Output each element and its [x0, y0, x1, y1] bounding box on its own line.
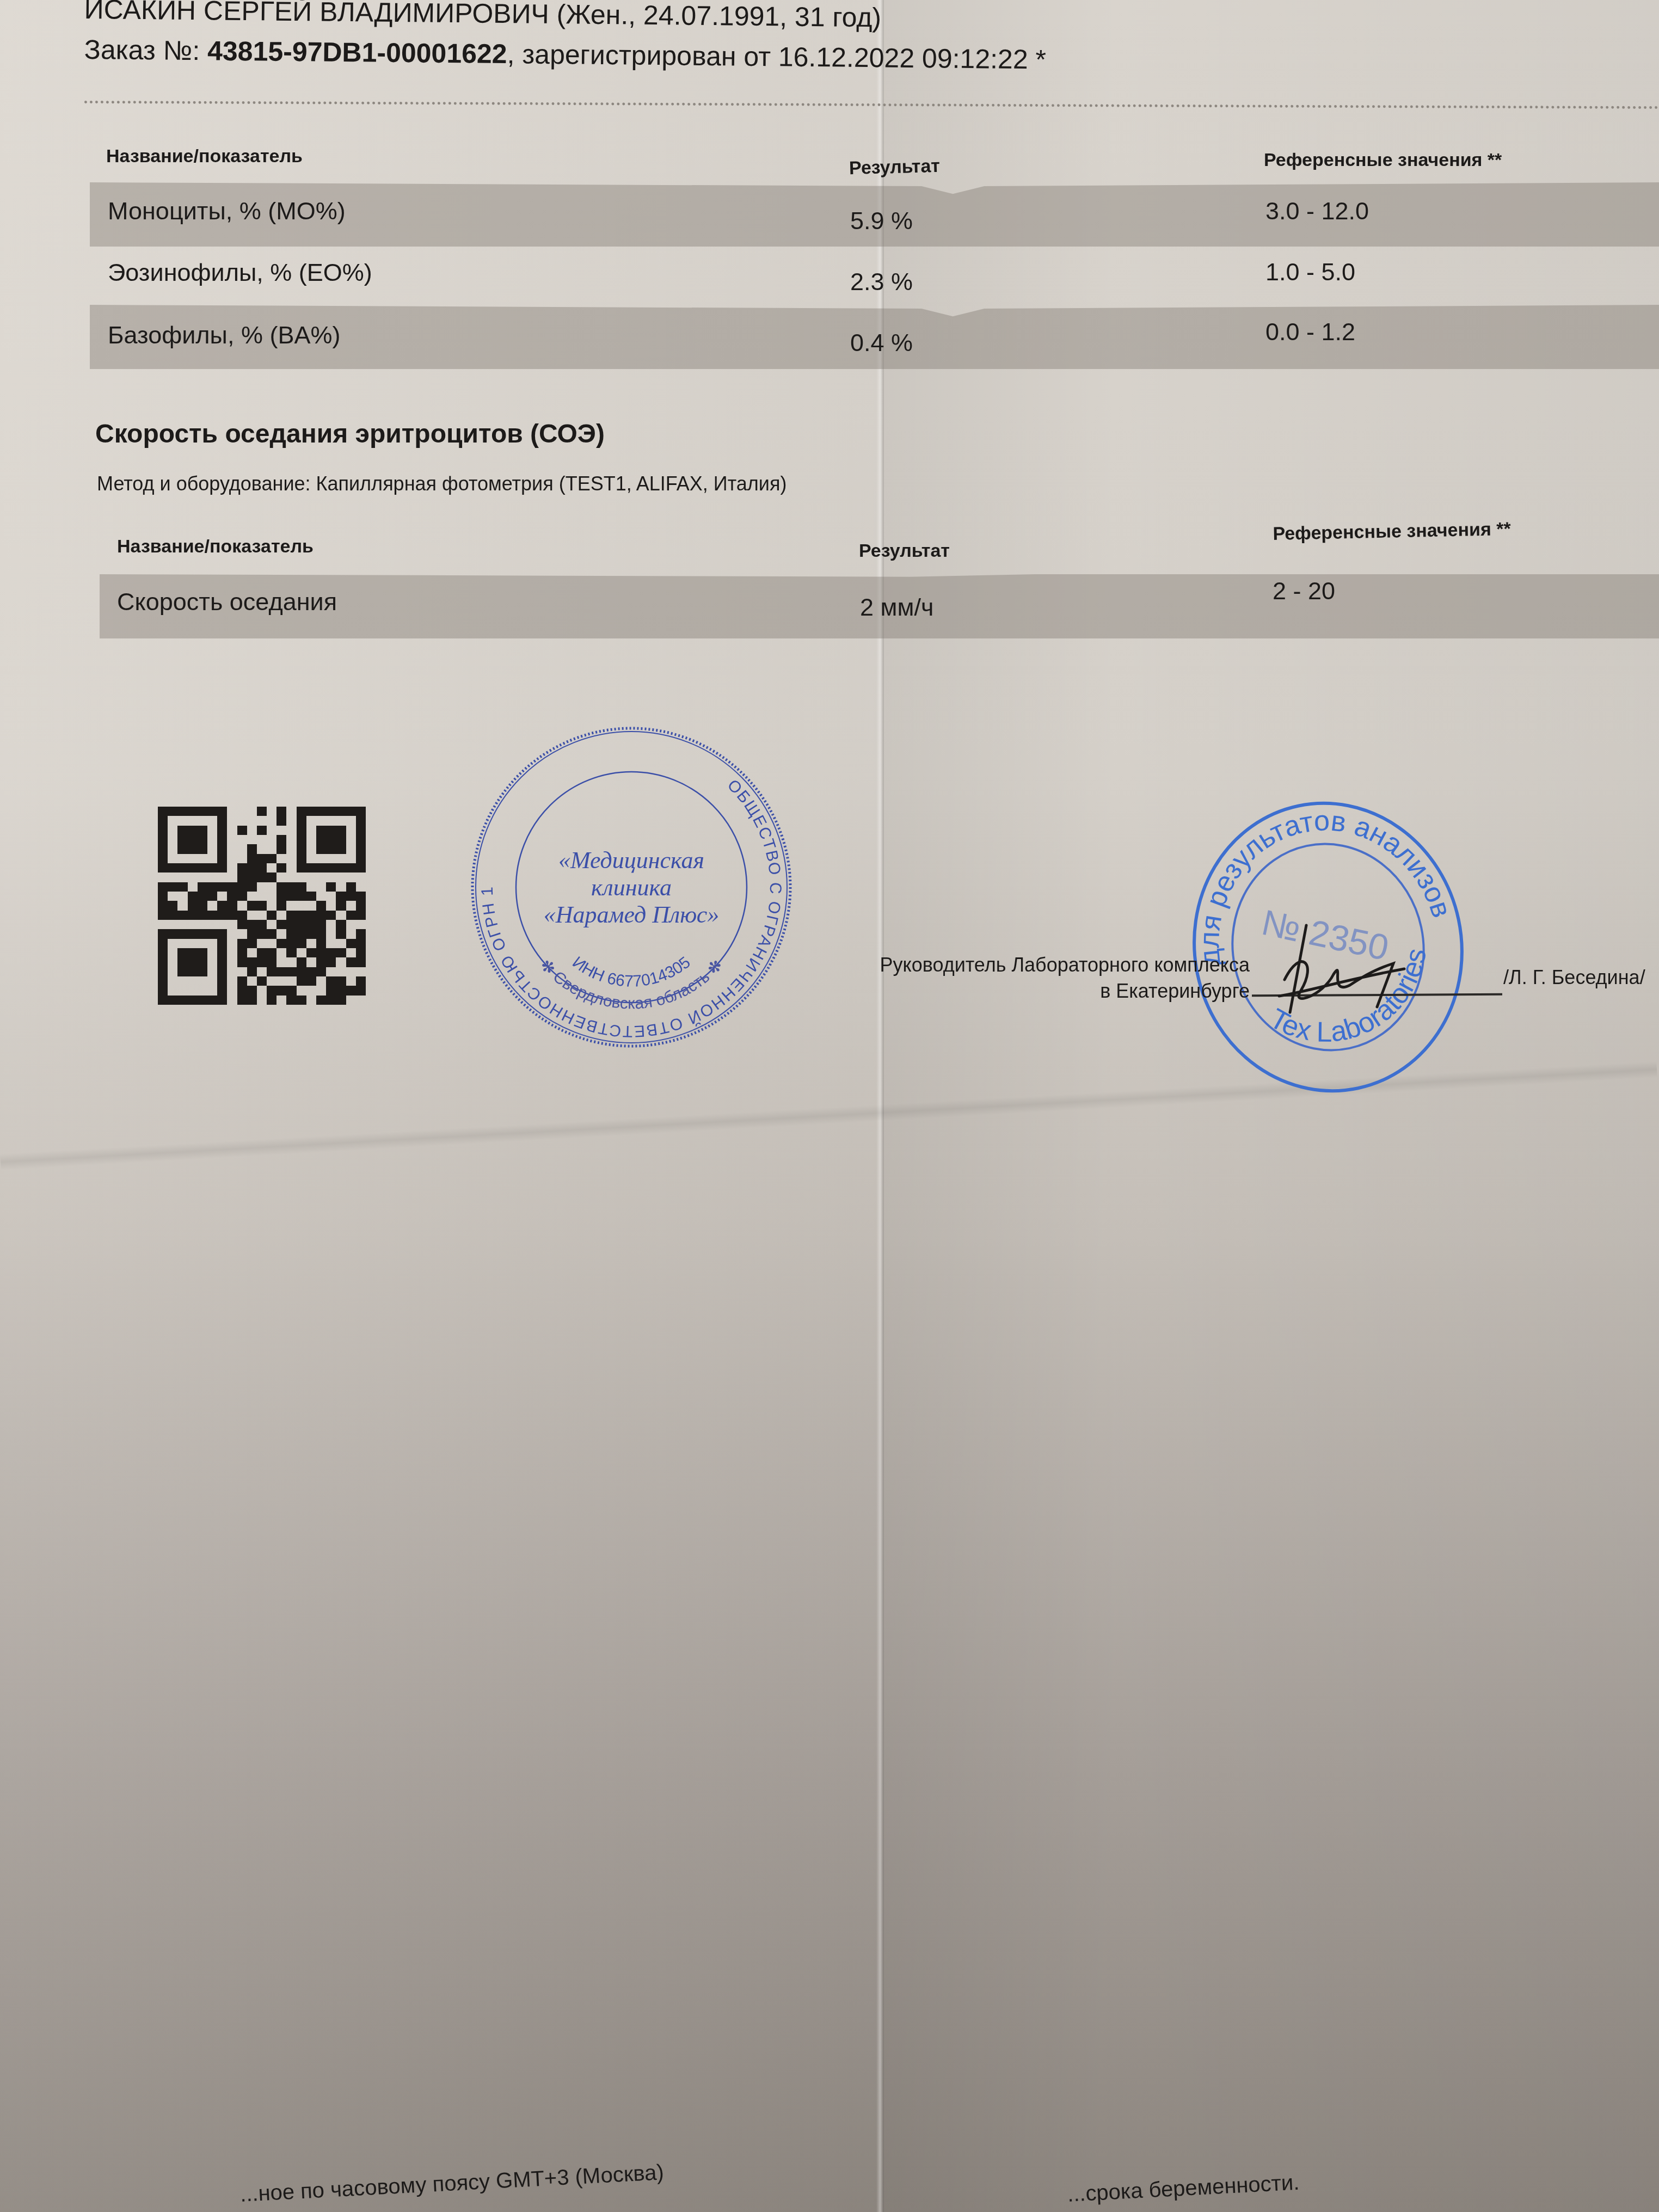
order-prefix: Заказ №: [84, 34, 207, 66]
column-header-reference: Референсные значения ** [1264, 150, 1502, 171]
qr-code[interactable] [158, 807, 366, 1005]
row-reference: 1.0 - 5.0 [1265, 258, 1355, 286]
signature-title-line2: в Екатеринбурге [1100, 980, 1250, 1003]
row-name: Базофилы, % (BA%) [108, 321, 341, 349]
signature-title-line1: Руководитель Лабораторного комплекса [880, 954, 1250, 976]
section-method: Метод и оборудование: Капиллярная фотоме… [97, 472, 787, 495]
row-name: Моноциты, % (MO%) [108, 197, 346, 225]
svg-text:«Медицинская: «Медицинская [558, 847, 704, 874]
signature-name: /Л. Г. Беседина/ [1503, 966, 1645, 989]
row-name: Эозинофилы, % (EO%) [108, 259, 372, 287]
clinic-stamp: ОБЩЕСТВО С ОГРАНИЧЕННОЙ ОТВЕТСТВЕННОСТЬЮ… [463, 718, 800, 1056]
svg-text:«Нарамед Плюс»: «Нарамед Плюс» [544, 901, 719, 928]
order-number: 43815-97DB1-00001622 [207, 35, 507, 69]
row-result: 0.4 % [850, 329, 913, 357]
row-reference: 3.0 - 12.0 [1265, 197, 1369, 225]
column-header-result: Результат [859, 540, 950, 562]
handwritten-signature [1268, 914, 1421, 1023]
column-header-result: Результат [849, 156, 941, 179]
row-name: Скорость оседания [117, 588, 337, 616]
row-reference: 0.0 - 1.2 [1265, 318, 1355, 346]
section-title-esr: Скорость оседания эритроцитов (СОЭ) [95, 419, 605, 449]
row-result: 2.3 % [850, 268, 913, 296]
svg-text:клиника: клиника [591, 874, 672, 901]
svg-text:ИНН 6677014305: ИНН 6677014305 [569, 953, 694, 990]
row-result: 2 мм/ч [860, 593, 933, 622]
column-header-name: Название/показатель [106, 146, 303, 167]
column-header-name: Название/показатель [117, 536, 314, 557]
row-reference: 2 - 20 [1273, 577, 1335, 605]
row-result: 5.9 % [850, 207, 913, 235]
order-registered: , зарегистрирован от 16.12.2022 09:12:22… [507, 39, 1046, 75]
